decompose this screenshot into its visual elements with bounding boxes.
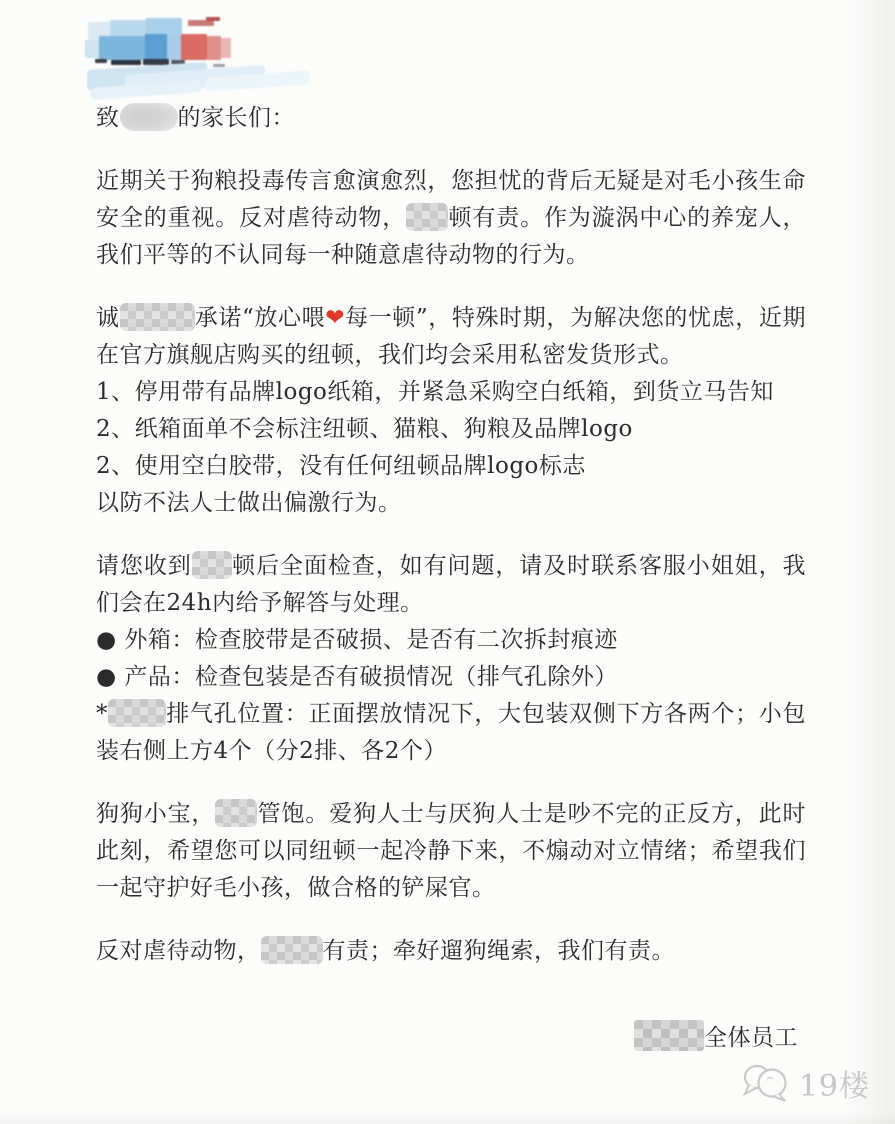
- list-item-reason: 以防不法人士做出偏激行为。: [96, 485, 806, 522]
- logo-pixel-block: [99, 36, 145, 60]
- text-run: *: [96, 701, 108, 727]
- redaction-blur: [261, 936, 323, 964]
- text-run: 请您收到: [96, 553, 192, 579]
- bullet-outer-box: ● 外箱：检查胶带是否破损、是否有二次拆封痕迹: [96, 622, 806, 659]
- logo-pixel-block: [181, 34, 207, 60]
- text-run: 排气孔位置：正面摆放情况下，大包装双侧下方各两个；小包装右侧上方4个（分2排、各…: [96, 701, 806, 764]
- logo-pixel-block: [95, 59, 107, 63]
- text-run: ● 产品：检查包装是否有破损情况（排气孔除外）: [96, 664, 618, 690]
- para-inspect: 请您收到顿后全面检查，如有问题，请及时联系客服小姐姐，我们会在24h内给予解答与…: [96, 548, 806, 622]
- text-run: 全体员工: [704, 1025, 798, 1051]
- logo-pixel-block: [221, 38, 231, 58]
- text-run: 1、停用带有品牌logo纸箱，并紧急采购空白纸箱，到货立马告知: [96, 379, 774, 405]
- list-item-blank-tape: 2、使用空白胶带，没有任何纽顿品牌logo标志: [96, 448, 806, 485]
- list-item-blank-box: 1、停用带有品牌logo纸箱，并紧急采购空白纸箱，到货立马告知: [96, 374, 806, 411]
- letter-photo: 致的家长们：近期关于狗粮投毒传言愈演愈烈，您担忧的背后无疑是对毛小孩生命安全的重…: [0, 0, 895, 1124]
- redaction-blur: [192, 551, 232, 579]
- speech-bubbles-icon: [742, 1063, 792, 1103]
- para-promise: 诚承诺“放心喂❤每一顿”，特殊时期，为解决您的忧虑，近期在官方旗舰店购买的纽顿，…: [96, 300, 806, 374]
- watermark-label: 19楼: [799, 1061, 870, 1105]
- heart-icon: ❤: [325, 305, 345, 331]
- signature: 全体员工: [96, 1020, 806, 1057]
- para-calm: 狗狗小宝，管饱。爱狗人士与厌狗人士是吵不完的正反方，此时此刻，希望您可以同纽顿一…: [96, 796, 806, 907]
- blurred-brand-logo: [85, 14, 325, 104]
- text-run: 2、使用空白胶带，没有任何纽顿品牌logo标志: [96, 453, 586, 479]
- logo-pixel-block: [213, 64, 225, 67]
- note-vent-holes: *排气孔位置：正面摆放情况下，大包装双侧下方各两个；小包装右侧上方4个（分2排、…: [96, 696, 806, 770]
- redaction-blur: [120, 103, 178, 131]
- forum-watermark: 19楼: [742, 1061, 870, 1105]
- text-run: 狗狗小宝，: [96, 801, 215, 827]
- text-run: 反对虐待动物，: [96, 938, 261, 964]
- redaction-blur: [215, 799, 257, 827]
- salutation: 致的家长们：: [96, 100, 806, 137]
- text-run: 诚: [96, 305, 120, 331]
- list-item-no-label: 2、纸箱面单不会标注纽顿、猫粮、狗粮及品牌logo: [96, 411, 806, 448]
- bullet-product: ● 产品：检查包装是否有破损情况（排气孔除外）: [96, 659, 806, 696]
- text-run: 2、纸箱面单不会标注纽顿、猫粮、狗粮及品牌logo: [96, 416, 633, 442]
- logo-pixel-block: [111, 60, 141, 65]
- text-run: 致: [96, 105, 120, 131]
- logo-pixel-block: [85, 40, 99, 58]
- text-run: 承诺“放心喂: [195, 305, 326, 331]
- text-run: ● 外箱：检查胶带是否破损、是否有二次拆封痕迹: [96, 627, 618, 653]
- logo-pixel-block: [167, 36, 181, 60]
- letter-body: 致的家长们：近期关于狗粮投毒传言愈演愈烈，您担忧的背后无疑是对毛小孩生命安全的重…: [96, 100, 806, 1057]
- logo-pixel-block: [145, 34, 167, 60]
- text-run: 以防不法人士做出偏激行为。: [96, 490, 402, 516]
- para-responsibility: 反对虐待动物，有责；牵好遛狗绳索，我们有责。: [96, 933, 806, 970]
- logo-pixel-block: [207, 36, 221, 60]
- redaction-blur: [634, 1020, 704, 1051]
- redaction-blur: [108, 699, 166, 727]
- photo-edge-shadow: [0, 1112, 895, 1124]
- redaction-blur: [406, 203, 448, 231]
- para-rumor: 近期关于狗粮投毒传言愈演愈烈，您担忧的背后无疑是对毛小孩生命安全的重视。反对虐待…: [96, 163, 806, 274]
- redaction-blur: [120, 303, 195, 331]
- logo-pixel-block: [206, 17, 220, 21]
- text-run: 有责；牵好遛狗绳索，我们有责。: [323, 938, 676, 964]
- text-run: 的家长们：: [178, 105, 296, 131]
